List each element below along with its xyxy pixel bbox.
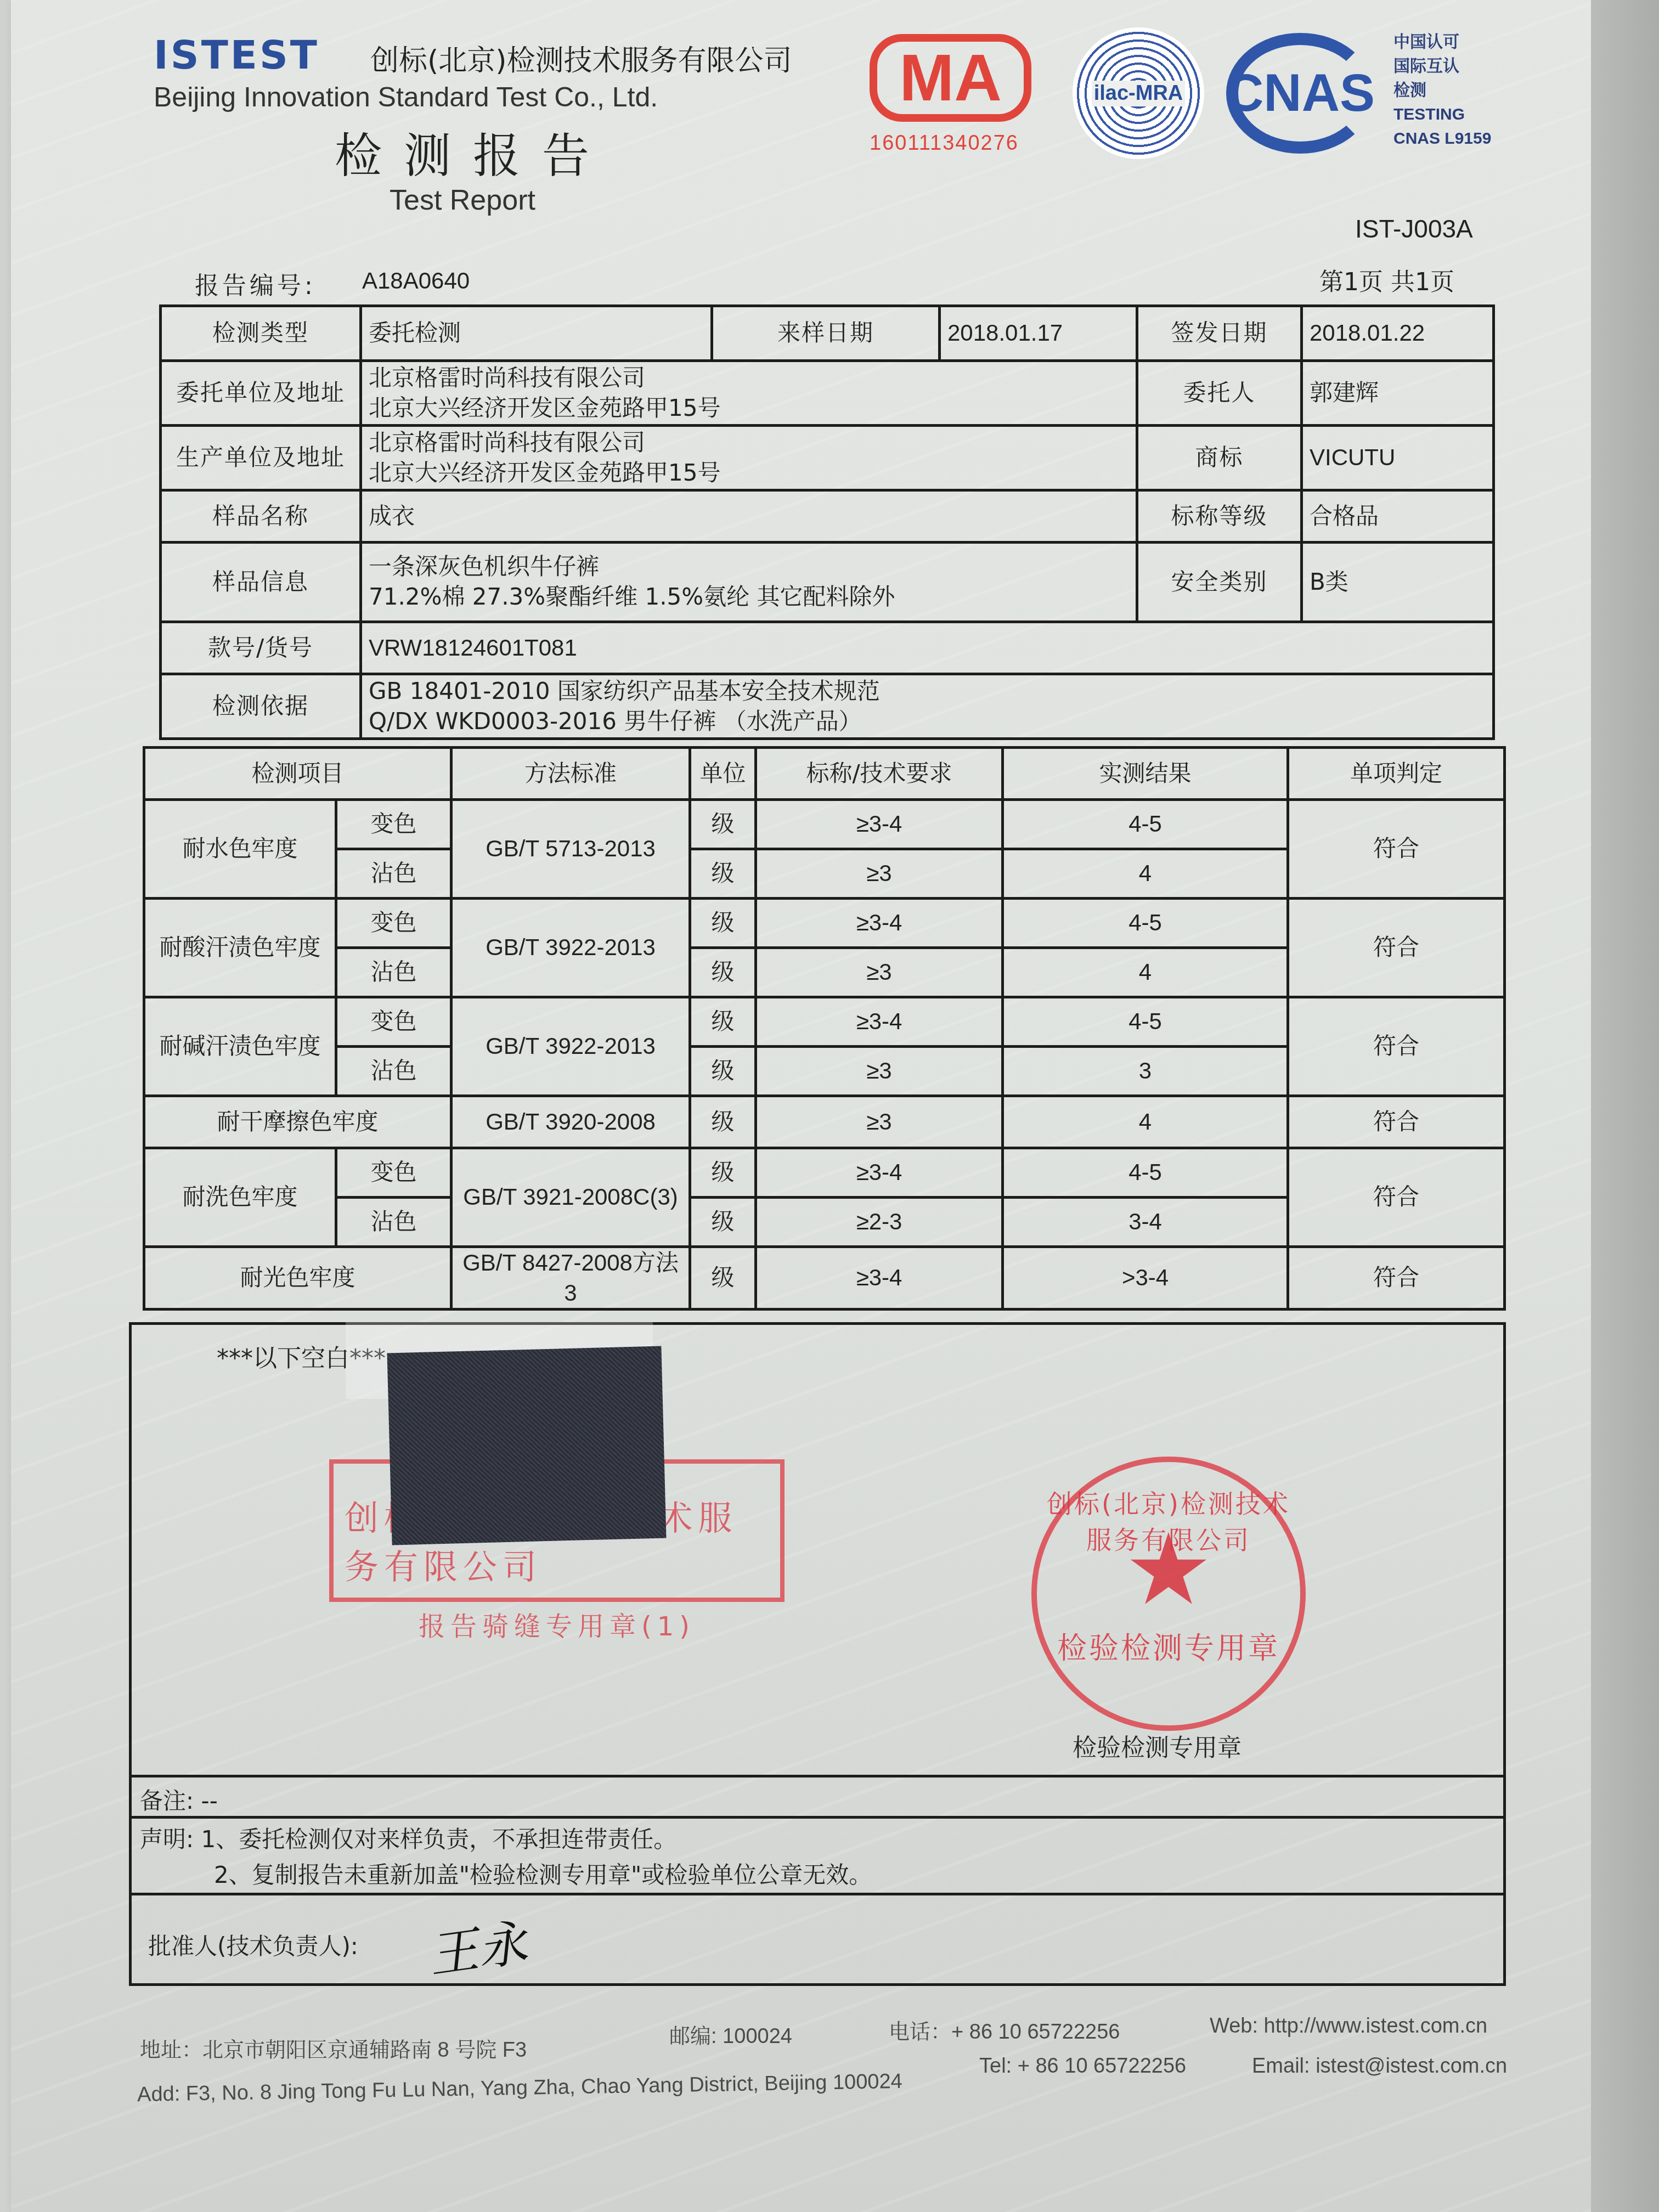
report-title-en: Test Report [390,184,535,217]
measured-result: 4-5 [1003,997,1288,1047]
sample-info-table: 检测类型 委托检测 来样日期 2018.01.17 签发日期 2018.01.2… [159,304,1495,740]
verdict: 符合 [1288,899,1505,997]
test-item: 耐干摩擦色牢度 [144,1096,452,1148]
issue-date-value: 2018.01.22 [1302,306,1494,361]
form-code: IST-J003A [1355,214,1473,244]
statement-1: 声明: 1、委托检测仅对来样负责，不承担连带责任。 [140,1821,676,1854]
verdict: 符合 [1288,800,1505,899]
ilac-mra-logo-icon: ilac-MRA [1073,27,1204,159]
cma-logo-icon: MA [870,34,1031,122]
header-verdict: 单项判定 [1288,748,1505,800]
basis-value: GB 18401-2010 国家纺织产品基本安全技术规范Q/DX WKD0003… [361,674,1494,739]
approver-label: 批准人(技术负责人): [148,1928,358,1961]
test-item: 耐水色牢度 [144,800,336,899]
header-result: 实测结果 [1003,748,1288,800]
report-title-cn: 检测报告 [335,118,611,186]
client-value: 北京格雷时尚科技有限公司北京大兴经济开发区金苑路甲15号 [361,361,1137,426]
fabric-swatch [387,1346,667,1545]
cma-number: 160111340276 [870,132,1019,155]
unit: 级 [690,1096,756,1148]
divider [129,1816,1506,1819]
style-no-label: 款号/货号 [161,622,361,674]
divider [129,1775,1506,1778]
requirement: ≥3 [756,948,1003,997]
unit: 级 [690,1247,756,1310]
method-standard: GB/T 3922-2013 [452,899,690,997]
divider [129,1893,1506,1895]
results-header-row: 检测项目 方法标准 单位 标称/技术要求 实测结果 单项判定 [144,748,1505,800]
result-row: 耐光色牢度GB/T 8427-2008方法3级≥3-4>3-4符合 [144,1247,1505,1310]
sub-item: 变色 [336,899,452,948]
method-standard: GB/T 5713-2013 [452,800,690,899]
test-item: 耐光色牢度 [144,1247,452,1310]
measured-result: 3-4 [1003,1198,1288,1247]
stamp-caption: 检验检测专用章 [1073,1728,1242,1763]
footer-tel-en: Tel: + 86 10 65722256 [979,2055,1186,2078]
remark: 备注: -- [140,1783,218,1816]
company-name-en: Beijing Innovation Standard Test Co., Lt… [154,81,658,113]
requirement: ≥3 [756,1096,1003,1148]
sample-info-label: 样品信息 [161,543,361,622]
header-method: 方法标准 [452,748,690,800]
approver-signature: 王永 [424,1903,531,1987]
client-person-value: 郭建辉 [1302,361,1494,426]
test-item: 耐碱汗渍色牢度 [144,997,336,1096]
method-standard: GB/T 3922-2013 [452,997,690,1096]
sample-date-value: 2018.01.17 [940,306,1137,361]
safety-value: B类 [1302,543,1494,622]
producer-label: 生产单位及地址 [161,426,361,490]
result-row: 耐酸汗渍色牢度变色GB/T 3922-2013级≥3-44-5符合 [144,899,1505,948]
verdict: 符合 [1288,1148,1505,1247]
measured-result: 4-5 [1003,800,1288,849]
requirement: ≥3-4 [756,800,1003,849]
requirement: ≥3-4 [756,1148,1003,1198]
verdict: 符合 [1288,1247,1505,1310]
unit: 级 [690,948,756,997]
measured-result: 4 [1003,1096,1288,1148]
test-report-paper: ISTEST 创标(北京)检测技术服务有限公司 Beijing Innovati… [11,0,1591,2212]
test-item: 耐酸汗渍色牢度 [144,899,336,997]
header-unit: 单位 [690,748,756,800]
sample-name-value: 成衣 [361,490,1137,543]
sub-item: 沾色 [336,948,452,997]
test-item: 耐洗色牢度 [144,1148,336,1247]
verdict: 符合 [1288,997,1505,1096]
sub-item: 沾色 [336,1198,452,1247]
istest-logo: ISTEST [154,32,319,78]
company-name-cn: 创标(北京)检测技术服务有限公司 [370,37,792,78]
results-table: 检测项目 方法标准 单位 标称/技术要求 实测结果 单项判定 耐水色牢度变色GB… [143,746,1506,1311]
footer-email: Email: istest@istest.com.cn [1252,2055,1507,2078]
requirement: ≥3-4 [756,997,1003,1047]
sample-date-label: 来样日期 [712,306,940,361]
grade-value: 合格品 [1302,490,1494,543]
footer-postcode: 邮编: 100024 [669,2019,792,2049]
sample-name-label: 样品名称 [161,490,361,543]
unit: 级 [690,800,756,849]
footer-web: Web: http://www.istest.com.cn [1210,2015,1487,2038]
unit: 级 [690,1148,756,1198]
test-type-value: 委托检测 [361,306,712,361]
result-row: 耐干摩擦色牢度GB/T 3920-2008级≥34符合 [144,1096,1505,1148]
footer-address-en: Add: F3, No. 8 Jing Tong Fu Lu Nan, Yang… [137,2070,902,2107]
unit: 级 [690,1198,756,1247]
method-standard: GB/T 8427-2008方法3 [452,1247,690,1310]
requirement: ≥3-4 [756,899,1003,948]
page-info: 第1页 共1页 [1319,262,1454,297]
result-row: 耐水色牢度变色GB/T 5713-2013级≥3-44-5符合 [144,800,1505,849]
sample-info-value: 一条深灰色机织牛仔裤71.2%棉 27.3%聚酯纤维 1.5%氨纶 其它配料除外 [361,543,1137,622]
header-requirement: 标称/技术要求 [756,748,1003,800]
measured-result: 3 [1003,1047,1288,1096]
unit: 级 [690,1047,756,1096]
sub-item: 变色 [336,1148,452,1198]
measured-result: >3-4 [1003,1247,1288,1310]
cnas-caption: 中国认可 国际互认 检测 TESTING CNAS L9159 [1393,30,1491,151]
sub-item: 变色 [336,997,452,1047]
style-no-value: VRW18124601T081 [361,622,1494,674]
measured-result: 4-5 [1003,1148,1288,1198]
brand-label: 商标 [1137,426,1302,490]
test-type-label: 检测类型 [161,306,361,361]
result-row: 耐碱汗渍色牢度变色GB/T 3922-2013级≥3-44-5符合 [144,997,1505,1047]
client-label: 委托单位及地址 [161,361,361,426]
safety-label: 安全类别 [1137,543,1302,622]
result-row: 耐洗色牢度变色GB/T 3921-2008C(3)级≥3-44-5符合 [144,1148,1505,1198]
measured-result: 4 [1003,849,1288,899]
requirement: ≥3-4 [756,1247,1003,1310]
producer-value: 北京格雷时尚科技有限公司北京大兴经济开发区金苑路甲15号 [361,426,1137,490]
unit: 级 [690,899,756,948]
unit: 级 [690,997,756,1047]
sub-item: 沾色 [336,1047,452,1096]
basis-label: 检测依据 [161,674,361,739]
report-number: A18A0640 [362,268,470,294]
unit: 级 [690,849,756,899]
requirement: ≥3 [756,1047,1003,1096]
sub-item: 变色 [336,800,452,849]
inspection-stamp: 创标(北京)检测技术服务有限公司 ★ 检验检测专用章 [1031,1457,1306,1731]
sub-item: 沾色 [336,849,452,899]
footer-address-cn: 地址：北京市朝阳区京通辅路南 8 号院 F3 [140,2033,527,2063]
requirement: ≥3 [756,849,1003,899]
measured-result: 4 [1003,948,1288,997]
brand-value: VICUTU [1302,426,1494,490]
statement-2: 2、复制报告未重新加盖"检验检测专用章"或检验单位公章无效。 [214,1857,872,1890]
client-person-label: 委托人 [1137,361,1302,426]
grade-label: 标称等级 [1137,490,1302,543]
method-standard: GB/T 3921-2008C(3) [452,1148,690,1247]
issue-date-label: 签发日期 [1137,306,1302,361]
header-test-item: 检测项目 [144,748,452,800]
measured-result: 4-5 [1003,899,1288,948]
footer-phone-cn: 电话：+ 86 10 65722256 [889,2015,1120,2045]
requirement: ≥2-3 [756,1198,1003,1247]
verdict: 符合 [1288,1096,1505,1148]
cnas-logo-icon: CNAS [1226,33,1374,154]
method-standard: GB/T 3920-2008 [452,1096,690,1148]
report-number-label: 报告编号: [195,266,316,301]
desk-background [1591,0,1659,2212]
